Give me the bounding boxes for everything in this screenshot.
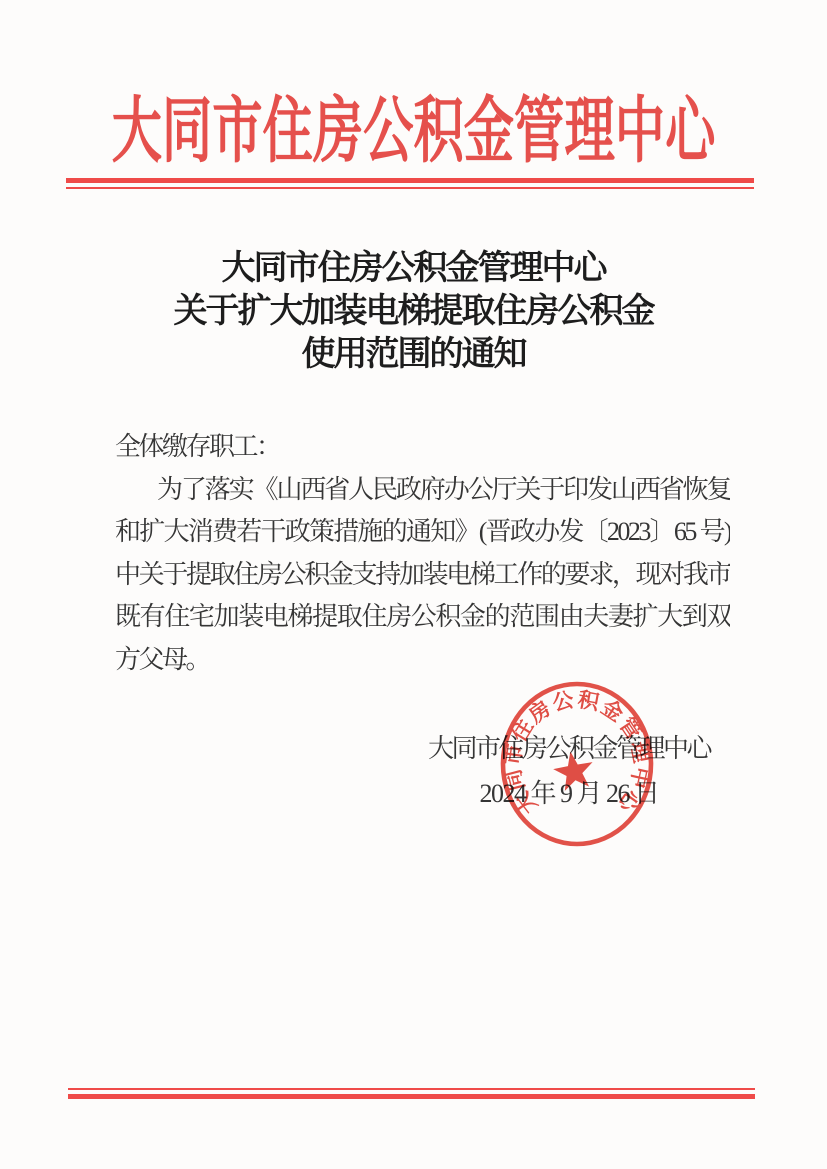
seal-star-icon	[551, 748, 597, 792]
official-seal: 大同市住房公积金管理中心	[492, 679, 662, 849]
masthead-title: 大同市住房公积金管理中心	[108, 94, 720, 168]
header-rule-thick	[66, 178, 754, 183]
header-rule-thin	[66, 187, 754, 189]
document-title-line: 使用范围的通知	[0, 333, 827, 376]
document-title: 大同市住房公积金管理中心 关于扩大加装电梯提取住房公积金 使用范围的通知	[0, 247, 827, 376]
document-title-line: 大同市住房公积金管理中心	[0, 247, 827, 290]
footer-rule-thin	[68, 1088, 755, 1090]
document-title-line: 关于扩大加装电梯提取住房公积金	[0, 290, 827, 333]
paragraph-line: 和扩大消费若干政策措施的通知》(晋政办发〔2023〕65 号)	[115, 511, 730, 554]
document-page: 大同市住房公积金管理中心 大同市住房公积金管理中心 关于扩大加装电梯提取住房公积…	[0, 0, 827, 1169]
footer-rule-thick	[68, 1094, 755, 1099]
paragraph-line: 既有住宅加装电梯提取住房公积金的范围由夫妻扩大到双	[115, 596, 730, 639]
paragraph-line: 为了落实《山西省人民政府办公厅关于印发山西省恢复	[115, 469, 730, 512]
salutation: 全体缴存职工：	[115, 426, 730, 469]
paragraph-line: 中关于提取住房公积金支持加装电梯工作的要求，现对我市	[115, 554, 730, 597]
body-paragraph: 全体缴存职工： 为了落实《山西省人民政府办公厅关于印发山西省恢复 和扩大消费若干…	[115, 426, 730, 682]
paragraph-line: 方父母。	[115, 639, 730, 682]
